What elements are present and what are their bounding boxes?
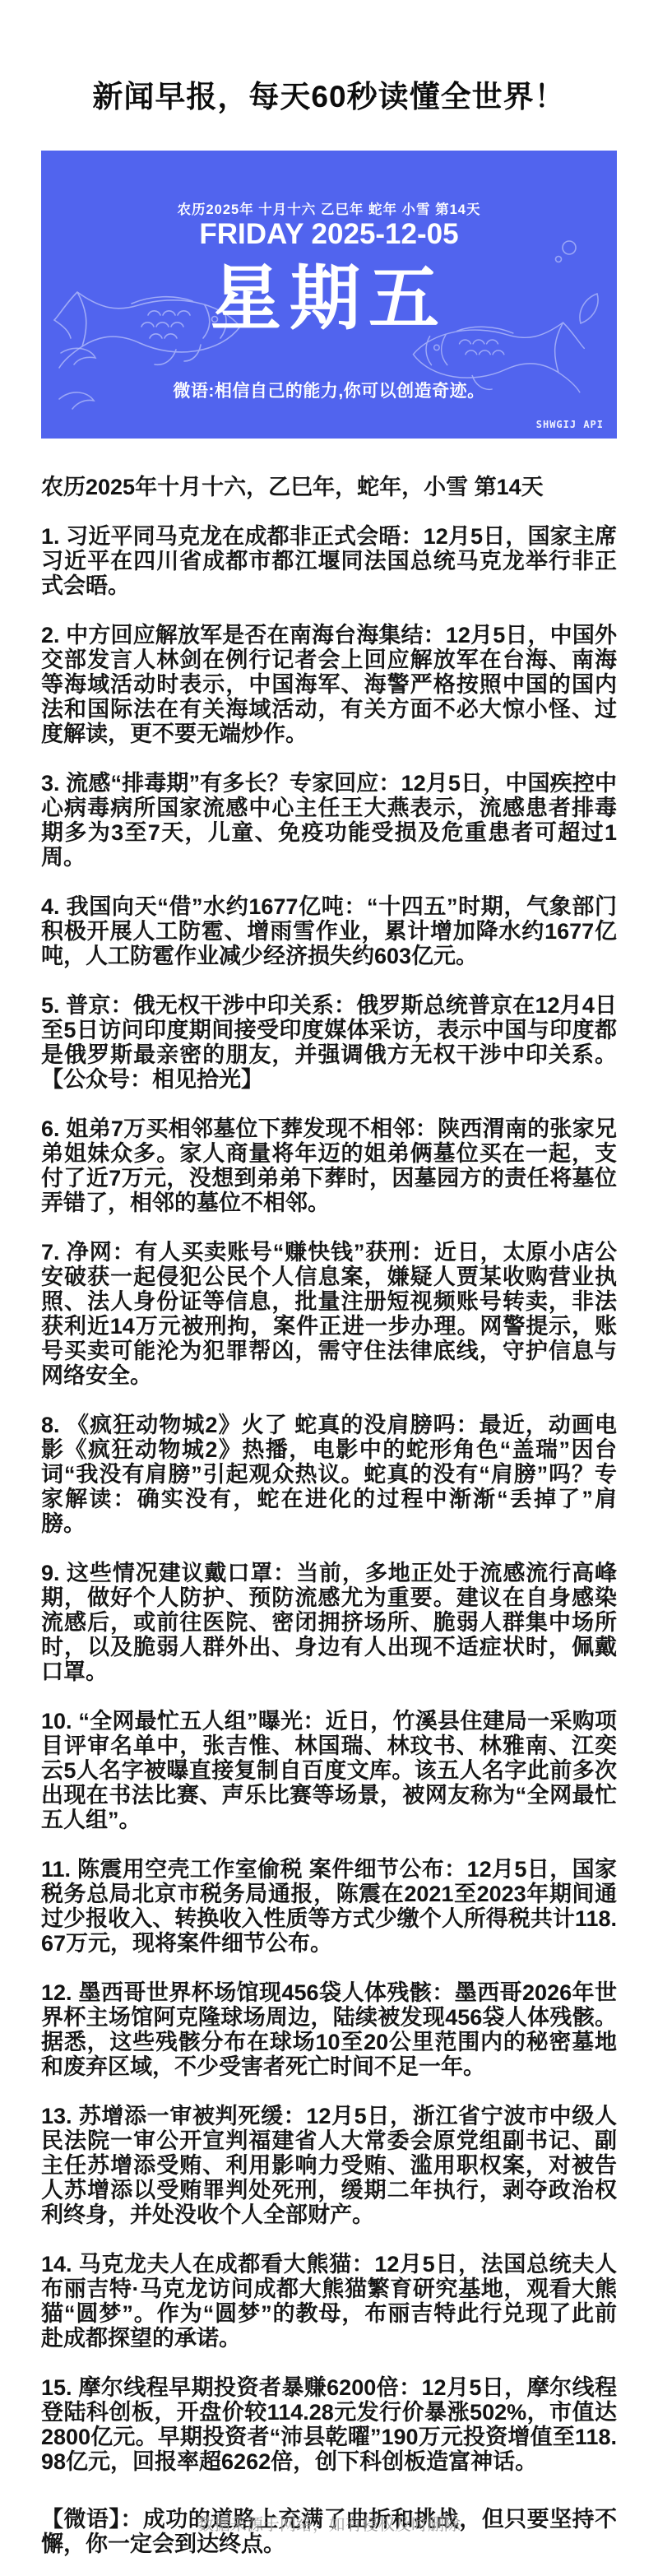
footer-disclaimer: 数据来源于网络，如有侵权及时删除 xyxy=(0,2511,658,2535)
wave-decoration-icon xyxy=(54,330,112,420)
news-item-7: 7. 净网：有人买卖账号“赚快钱”获刑：近日，太原小店公安破获一起侵犯公民个人信… xyxy=(41,1240,617,1388)
page-title: 新闻早报，每天60秒读懂全世界！ xyxy=(0,0,658,115)
news-item-3: 3. 流感“排毒期”有多长？专家回应：12月5日，中国疾控中心病毒病所国家流感中… xyxy=(41,771,617,870)
news-content: 农历2025年十月十六，乙巳年，蛇年，小雪 第14天 1. 习近平同马克龙在成都… xyxy=(0,439,658,2556)
news-card: 新闻早报，每天60秒读懂全世界！ xyxy=(0,0,658,2576)
banner-date-line: FRIDAY 2025-12-05 xyxy=(41,218,617,251)
news-item-15: 15. 摩尔线程早期投资者暴赚6200倍：12月5日，摩尔线程登陆科创板，开盘价… xyxy=(41,2375,617,2474)
date-banner: 农历2025年 十月十六 乙巳年 蛇年 小雪 第14天 FRIDAY 2025-… xyxy=(41,151,617,439)
banner-motto: 微语:相信自己的能力,你可以创造奇迹。 xyxy=(41,378,617,402)
news-item-4: 4. 我国向天“借”水约1677亿吨：“十四五”时期，气象部门积极开展人工防雹、… xyxy=(41,894,617,968)
news-item-10: 10. “全网最忙五人组”曝光：近日，竹溪县住建局一采购项目评审名单中，张吉惟、… xyxy=(41,1709,617,1832)
news-item-11: 11. 陈震用空壳工作室偷税 案件细节公布：12月5日，国家税务总局北京市税务局… xyxy=(41,1857,617,1956)
news-item-13: 13. 苏增添一审被判死缓：12月5日，浙江省宁波市中级人民法院一审公开宣判福建… xyxy=(41,2104,617,2227)
news-item-8: 8. 《疯狂动物城2》火了 蛇真的没肩膀吗：最近，动画电影《疯狂动物城2》热播，… xyxy=(41,1413,617,1536)
news-item-2: 2. 中方回应解放军是否在南海台海集结：12月5日，中国外交部发言人林剑在例行记… xyxy=(41,623,617,746)
lunar-summary: 农历2025年十月十六，乙巳年，蛇年，小雪 第14天 xyxy=(41,475,617,499)
news-item-12: 12. 墨西哥世界杯场馆现456袋人体残骸：墨西哥2026年世界杯主场馆阿克隆球… xyxy=(41,1980,617,2079)
news-item-6: 6. 姐弟7万买相邻墓位下葬发现不相邻：陕西渭南的张家兄弟姐妹众多。家人商量将年… xyxy=(41,1116,617,1215)
banner-weekday: 星期五 xyxy=(41,259,617,338)
news-item-1: 1. 习近平同马克龙在成都非正式会晤：12月5日，国家主席习近平在四川省成都市都… xyxy=(41,524,617,598)
news-item-5: 5. 普京：俄无权干涉中印关系：俄罗斯总统普京在12月4日至5日访问印度期间接受… xyxy=(41,993,617,1092)
banner-lunar-line: 农历2025年 十月十六 乙巳年 蛇年 小雪 第14天 xyxy=(41,198,617,218)
banner-watermark: SHWGIJ API xyxy=(536,419,604,430)
news-item-14: 14. 马克龙夫人在成都看大熊猫：12月5日，法国总统夫人布丽吉特·马克龙访问成… xyxy=(41,2252,617,2351)
news-item-9: 9. 这些情况建议戴口罩：当前，多地正处于流感流行高峰期，做好个人防护、预防流感… xyxy=(41,1561,617,1684)
